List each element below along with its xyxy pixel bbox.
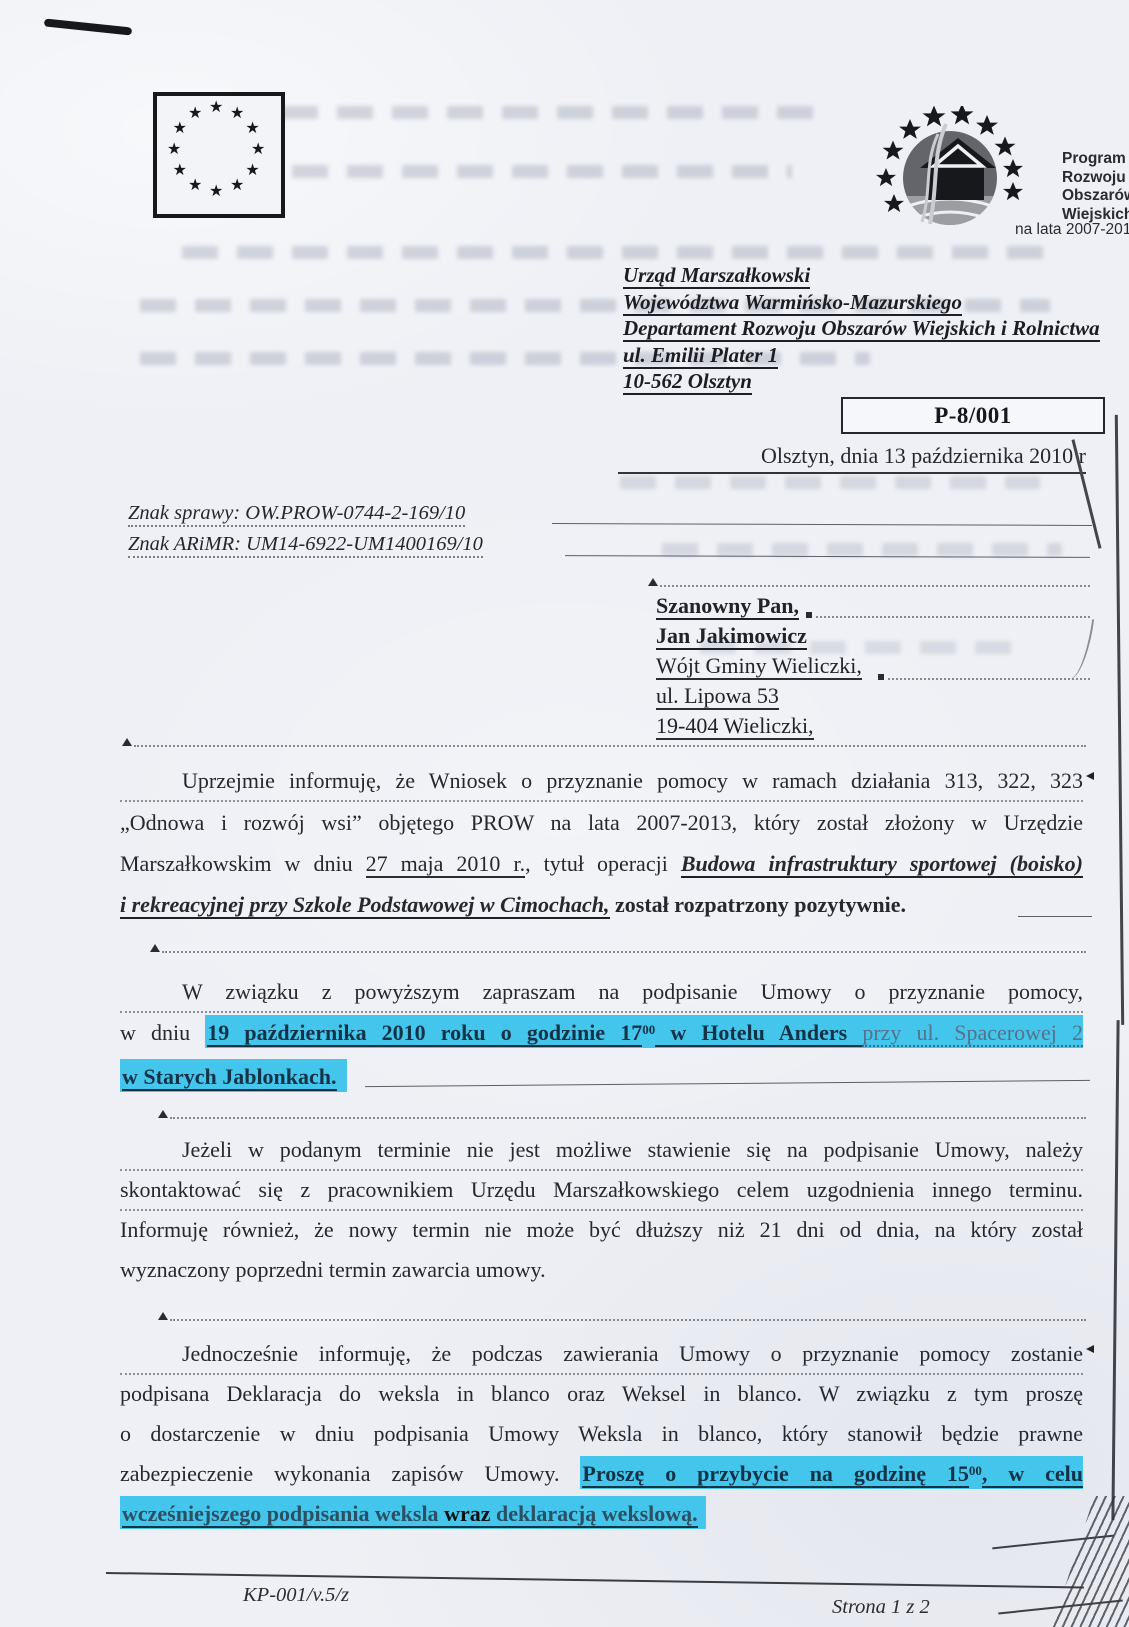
sender-block: Urząd Marszałkowski Województwa Warmińsk… xyxy=(623,262,1100,395)
footer-page-number: Strona 1 z 2 xyxy=(832,1596,930,1619)
page-edge-line xyxy=(1095,415,1124,1025)
prow-title-line: Rozwoju xyxy=(1062,169,1129,188)
addressee-city: 19-404 Wieliczki, xyxy=(656,713,814,739)
dotted-line xyxy=(816,616,1090,618)
bleedthrough-text xyxy=(182,246,1062,259)
addressee-name: Jan Jakimowicz xyxy=(656,623,807,649)
prow-logo-title: Program Rozwoju Obszarów Wiejskich xyxy=(1062,150,1129,224)
dotted-line xyxy=(888,678,1090,680)
dotted-line xyxy=(170,1319,1086,1321)
highlight-band: w Starych Jablonkach. xyxy=(120,1059,347,1092)
reference-code-box: P-8/001 xyxy=(841,397,1105,434)
prow-logo-subtitle: na lata 2007-2013 xyxy=(1015,221,1129,239)
dotted-line xyxy=(134,745,1086,747)
scan-mark-triangle xyxy=(150,944,160,952)
highlight-band: Proszę o przybycie na godzinę 1500, w ce… xyxy=(580,1456,1083,1489)
eu-star-icon: ★ xyxy=(209,181,223,200)
scan-mark-triangle xyxy=(648,578,658,586)
addressee-salutation: Szanowny Pan, xyxy=(656,593,799,619)
scan-mark-triangle xyxy=(122,738,132,746)
eu-star-icon: ★ xyxy=(173,118,187,137)
sender-line: 10-562 Olsztyn xyxy=(623,368,1100,395)
eu-star-icon: ★ xyxy=(230,175,244,194)
case-ref-znak-arimr: Znak ARiMR: UM14-6922-UM1400169/10 xyxy=(128,533,483,556)
body-line: W związku z powyższym zapraszam na podpi… xyxy=(120,975,1083,1013)
prow-title-line: Program xyxy=(1062,150,1129,169)
body-line: Marszałkowskim w dniu 27 maja 2010 r., t… xyxy=(120,847,1083,881)
scan-mark-square xyxy=(878,674,884,680)
addressee-street: ul. Lipowa 53 xyxy=(656,683,779,709)
eu-flag-logo: ★★★★★★★★★★★★ xyxy=(153,92,285,218)
prow-title-line: Obszarów xyxy=(1062,187,1129,206)
case-ref-znak-sprawy: Znak sprawy: OW.PROW-0744-2-169/10 xyxy=(128,502,465,525)
body-line: Jeżeli w podanym terminie nie jest możli… xyxy=(120,1133,1083,1171)
eu-star-icon: ★ xyxy=(188,103,202,122)
sender-line: Urząd Marszałkowski xyxy=(623,262,1100,289)
scan-mark-square xyxy=(806,612,812,618)
rule-line xyxy=(552,523,1092,526)
addressee-title: Wójt Gminy Wieliczki, xyxy=(656,653,862,679)
bleedthrough-text xyxy=(282,106,822,119)
sender-line: Departament Rozwoju Obszarów Wiejskich i… xyxy=(623,315,1100,342)
body-line: Uprzejmie informuję, że Wniosek o przyzn… xyxy=(120,764,1083,802)
body-line: skontaktować się z pracownikiem Urzędu M… xyxy=(120,1173,1083,1211)
body-line: Jednocześnie informuję, że podczas zawie… xyxy=(120,1337,1083,1375)
page-crease-line xyxy=(1070,617,1094,681)
eu-star-icon: ★ xyxy=(167,139,181,158)
highlight-band: 19 października 2010 roku o godzinie 170… xyxy=(205,1015,1083,1048)
scan-mark-arrow xyxy=(1086,772,1094,780)
dotted-line xyxy=(162,951,1086,953)
body-line-highlighted: wcześniejszego podpisania weksla wraz de… xyxy=(120,1497,1083,1531)
dotted-line xyxy=(170,1117,1086,1119)
bleedthrough-text xyxy=(620,476,1040,489)
page-edge-line xyxy=(1091,1020,1119,1520)
body-line-highlighted: w dniu 19 października 2010 roku o godzi… xyxy=(120,1016,1083,1053)
sender-line: Województwa Warmińsko-Mazurskiego xyxy=(623,289,1100,316)
dateline: Olsztyn, dnia 13 października 2010 r xyxy=(618,443,1086,474)
footer-form-code: KP-001/v.5/z xyxy=(243,1584,349,1607)
body-line: Informuję również, że nowy termin nie mo… xyxy=(120,1213,1083,1247)
body-line-highlighted: w Starych Jablonkach. xyxy=(120,1060,1083,1094)
eu-star-icon: ★ xyxy=(245,118,259,137)
eu-star-icon: ★ xyxy=(188,175,202,194)
eu-star-icon: ★ xyxy=(230,103,244,122)
sender-line: ul. Emilii Plater 1 xyxy=(623,342,1100,369)
eu-star-icon: ★ xyxy=(245,160,259,179)
body-line: i rekreacyjnej przy Szkole Podstawowej w… xyxy=(120,888,1083,922)
eu-star-icon: ★ xyxy=(173,160,187,179)
eu-star-icon: ★ xyxy=(209,97,223,116)
scan-mark-triangle xyxy=(158,1312,168,1320)
dotted-line xyxy=(660,585,1090,587)
body-line: o dostarczenie w dniu podpisania Umowy W… xyxy=(120,1417,1083,1451)
body-line-highlighted: zabezpieczenie wykonania zapisów Umowy. … xyxy=(120,1457,1083,1494)
bleedthrough-text xyxy=(662,543,1062,556)
scan-mark-triangle xyxy=(158,1110,168,1118)
eu-star-icon: ★ xyxy=(251,139,265,158)
scan-mark-dash xyxy=(44,18,132,35)
rule-line xyxy=(1018,916,1092,917)
body-line: podpisana Deklaracja do weksla in blanco… xyxy=(120,1377,1083,1411)
highlight-band: wcześniejszego podpisania weksla wraz de… xyxy=(120,1496,706,1529)
body-line: „Odnowa i rozwój wsi” objętego PROW na l… xyxy=(120,806,1083,840)
scanned-letter-page: ★★★★★★★★★★★★ Program Rozwoju Obszarów Wi… xyxy=(0,0,1129,1627)
body-line: wyznaczony poprzedni termin zawarcia umo… xyxy=(120,1253,1083,1287)
